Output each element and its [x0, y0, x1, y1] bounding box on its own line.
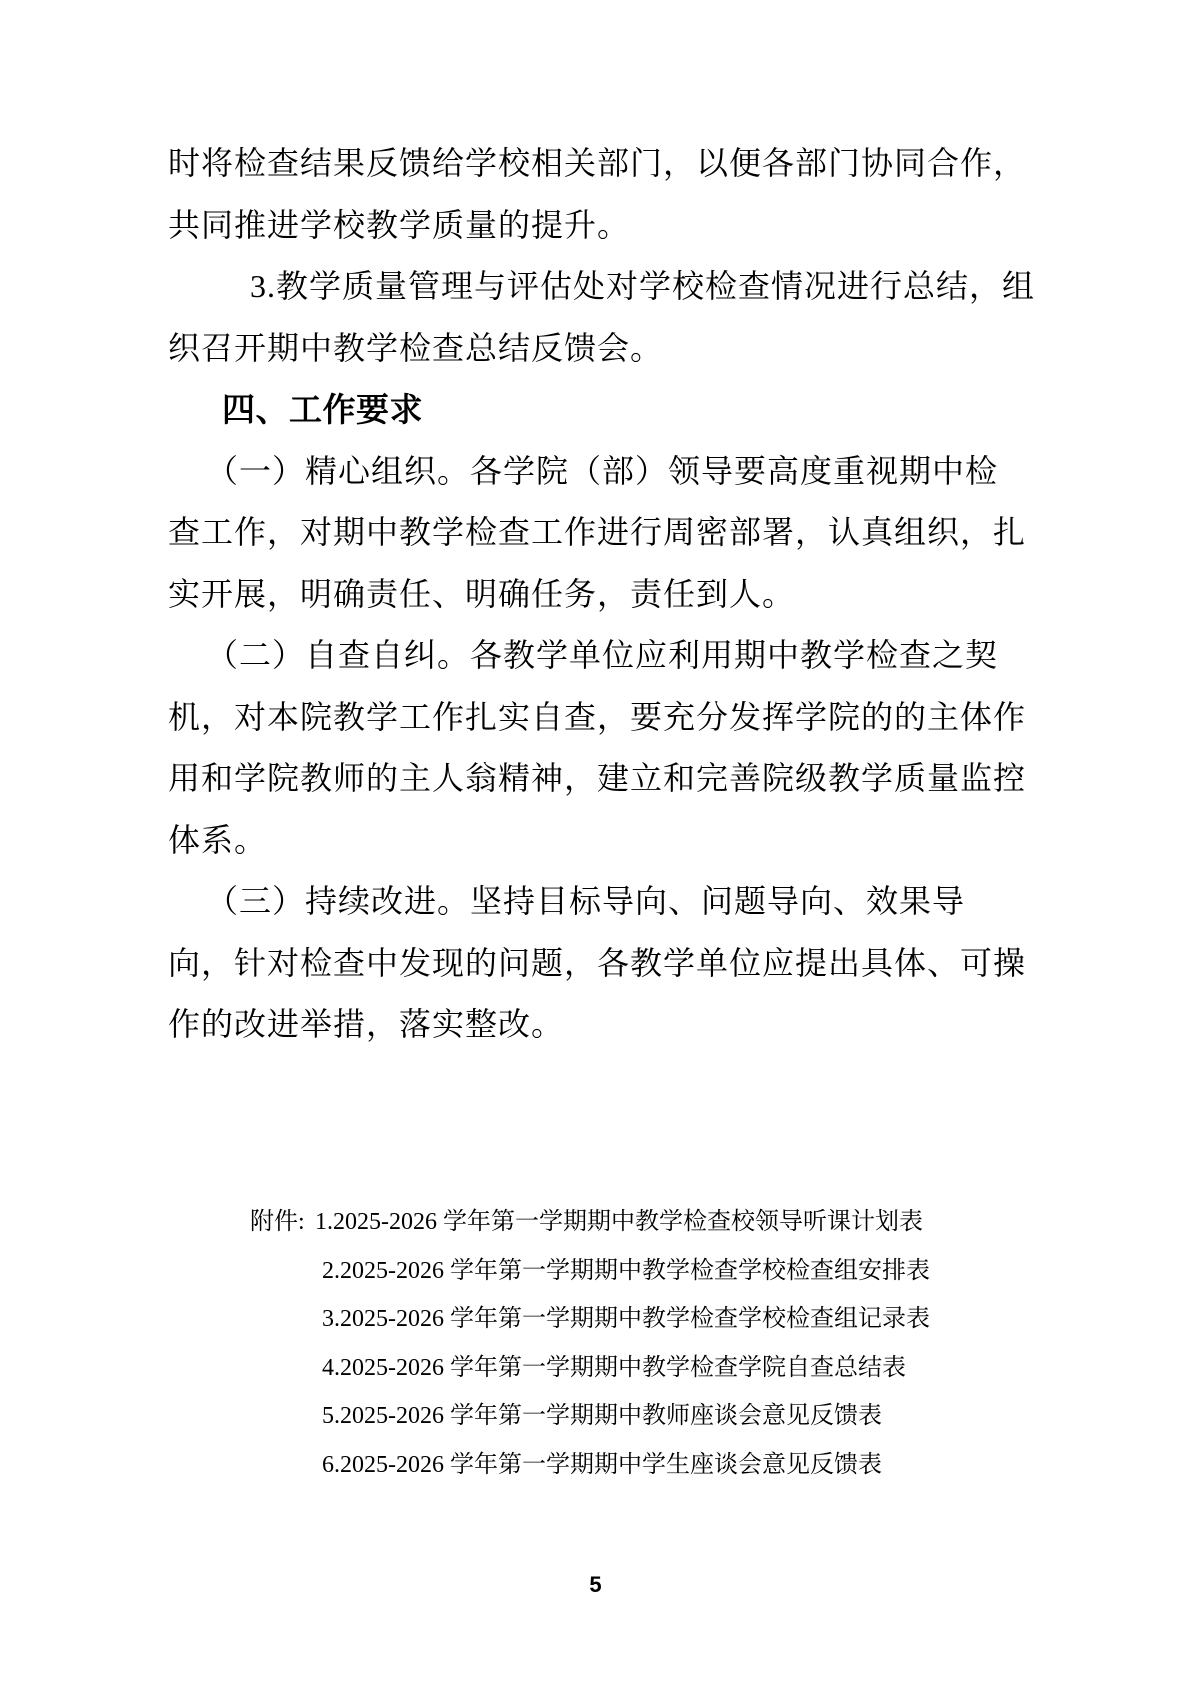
attachment-row: 5.2025-2026 学年第一学期期中教师座谈会意见反馈表 — [250, 1392, 930, 1441]
paragraph-line: 查工作，对期中教学检查工作进行周密部署，认真组织，扎 — [168, 502, 1038, 564]
paragraph-line: 机，对本院教学工作扎实自查，要充分发挥学院的的主体作 — [168, 687, 1038, 749]
document-body: 时将检查结果反馈给学校相关部门，以便各部门协同合作， 共同推进学校教学质量的提升… — [168, 133, 1038, 1056]
paragraph-line: （一）精心组织。各学院（部）领导要高度重视期中检 — [168, 441, 1038, 503]
attachment-row: 6.2025-2026 学年第一学期期中学生座谈会意见反馈表 — [250, 1441, 930, 1490]
paragraph-line: 3.教学质量管理与评估处对学校检查情况进行总结，组 — [168, 256, 1038, 318]
paragraph-line: 体系。 — [168, 810, 1038, 872]
paragraph-line: 共同推进学校教学质量的提升。 — [168, 195, 1038, 257]
paragraph-line: 用和学院教师的主人翁精神，建立和完善院级教学质量监控 — [168, 748, 1038, 810]
attachment-item: 4.2025-2026 学年第一学期期中教学检查学院自查总结表 — [322, 1355, 906, 1381]
attachment-row: 附件:1.2025-2026 学年第一学期期中教学检查校领导听课计划表 — [250, 1198, 930, 1247]
paragraph-line: （三）持续改进。坚持目标导向、问题导向、效果导 — [168, 871, 1038, 933]
paragraph-line: 向，针对检查中发现的问题，各教学单位应提出具体、可操 — [168, 933, 1038, 995]
paragraph-line: 实开展，明确责任、明确任务，责任到人。 — [168, 564, 1038, 626]
paragraph-line: （二）自查自纠。各教学单位应利用期中教学检查之契 — [168, 625, 1038, 687]
paragraph-line: 织召开期中教学检查总结反馈会。 — [168, 318, 1038, 380]
attachment-row: 2.2025-2026 学年第一学期期中教学检查学校检查组安排表 — [250, 1247, 930, 1296]
attachment-item: 1.2025-2026 学年第一学期期中教学检查校领导听课计划表 — [315, 1209, 923, 1235]
paragraph-line: 时将检查结果反馈给学校相关部门，以便各部门协同合作， — [168, 133, 1038, 195]
document-page: 时将检查结果反馈给学校相关部门，以便各部门协同合作， 共同推进学校教学质量的提升… — [0, 0, 1191, 1684]
attachment-row: 4.2025-2026 学年第一学期期中教学检查学院自查总结表 — [250, 1344, 930, 1393]
attachments-label: 附件: — [250, 1198, 315, 1247]
attachment-row: 3.2025-2026 学年第一学期期中教学检查学校检查组记录表 — [250, 1295, 930, 1344]
attachments-block: 附件:1.2025-2026 学年第一学期期中教学检查校领导听课计划表 2.20… — [250, 1198, 930, 1490]
section-heading: 四、工作要求 — [168, 379, 1038, 441]
attachment-item: 6.2025-2026 学年第一学期期中学生座谈会意见反馈表 — [322, 1452, 882, 1478]
attachment-item: 5.2025-2026 学年第一学期期中教师座谈会意见反馈表 — [322, 1403, 882, 1429]
attachment-item: 3.2025-2026 学年第一学期期中教学检查学校检查组记录表 — [322, 1306, 930, 1332]
page-number: 5 — [0, 1572, 1191, 1598]
attachment-item: 2.2025-2026 学年第一学期期中教学检查学校检查组安排表 — [322, 1258, 930, 1284]
paragraph-line: 作的改进举措，落实整改。 — [168, 994, 1038, 1056]
